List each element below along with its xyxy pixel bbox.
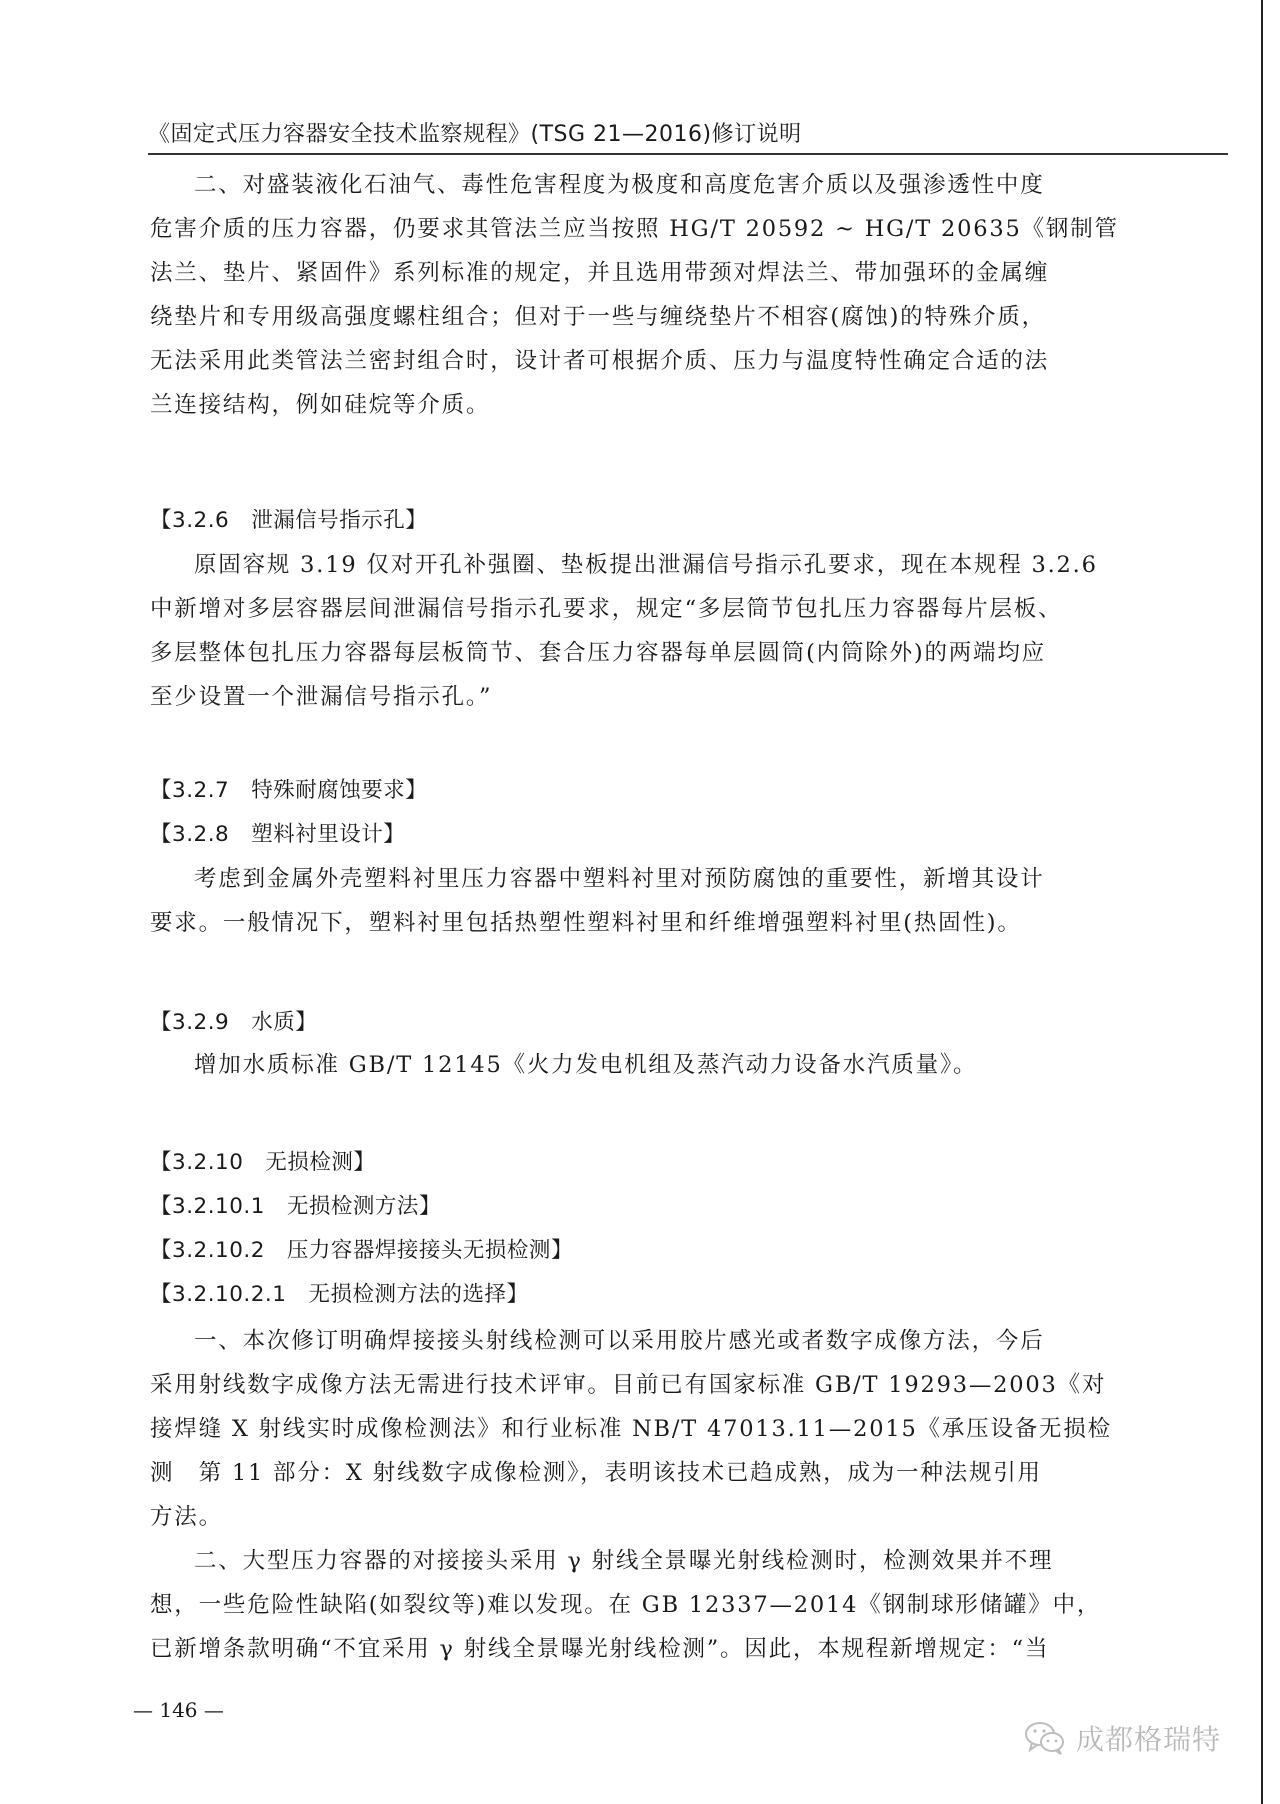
wechat-icon	[1024, 1720, 1068, 1756]
section-title: 特殊耐腐蚀要求	[251, 778, 405, 803]
section-number: 3.2.10.1	[172, 1194, 265, 1219]
paragraph-line: 一、本次修订明确焊接接头射线检测可以采用胶片感光或者数字成像方法，今后	[194, 1326, 1045, 1356]
paragraph-line: 测 第 11 部分：X 射线数字成像检测》，表明该技术已趋成熟，成为一种法规引用	[150, 1458, 1042, 1488]
paragraph-line: 危害介质的压力容器，仍要求其管法兰应当按照 HG/T 20592 ~ HG/T …	[150, 214, 1119, 244]
paragraph-line: 已新增条款明确“不宜采用 γ 射线全景曝光射线检测”。因此，本规程新增规定：“当	[150, 1634, 1049, 1664]
section-heading-3-2-6: 【3.2.6泄漏信号指示孔】	[150, 506, 427, 536]
section-title: 无损检测方法的选择	[308, 1282, 506, 1307]
page-number: — 146 —	[133, 1698, 224, 1722]
watermark: 成都格瑞特	[1024, 1718, 1221, 1758]
paragraph-line: 无法采用此类管法兰密封组合时，设计者可根据介质、压力与温度特性确定合适的法	[150, 346, 1049, 376]
section-title: 塑料衬里设计	[251, 822, 383, 847]
section-number: 3.2.10	[172, 1150, 243, 1175]
section-heading-3-2-10-2-1: 【3.2.10.2.1无损检测方法的选择】	[150, 1280, 528, 1310]
paragraph-line: 想，一些危险性缺陷(如裂纹等)难以发现。在 GB 12337—2014《钢制球形…	[150, 1590, 1101, 1620]
watermark-text: 成都格瑞特	[1076, 1718, 1221, 1758]
scan-edge-line	[1261, 0, 1263, 1804]
paragraph-line: 考虑到金属外壳塑料衬里压力容器中塑料衬里对预防腐蚀的重要性，新增其设计	[194, 864, 1045, 894]
section-title: 无损检测方法	[287, 1194, 419, 1219]
section-number: 3.2.8	[172, 822, 229, 847]
paragraph-line: 采用射线数字成像方法无需进行技术评审。目前已有国家标准 GB/T 19293—2…	[150, 1370, 1106, 1400]
section-title: 压力容器焊接接头无损检测	[287, 1238, 551, 1263]
section-heading-3-2-9: 【3.2.9水质】	[150, 1008, 317, 1038]
section-number: 3.2.10.2	[172, 1238, 265, 1263]
section-number: 3.2.6	[172, 508, 229, 533]
paragraph-line: 中新增对多层容器层间泄漏信号指示孔要求，规定“多层筒节包扎压力容器每片层板、	[150, 594, 1062, 624]
section-number: 3.2.7	[172, 778, 229, 803]
paragraph-line: 要求。一般情况下，塑料衬里包括热塑性塑料衬里和纤维增强塑料衬里(热固性)。	[150, 908, 1022, 938]
header-rule	[148, 153, 1228, 155]
section-heading-3-2-8: 【3.2.8塑料衬里设计】	[150, 820, 405, 850]
section-number: 3.2.10.2.1	[172, 1282, 286, 1307]
section-heading-3-2-7: 【3.2.7特殊耐腐蚀要求】	[150, 776, 427, 806]
section-title: 水质	[251, 1010, 295, 1035]
section-heading-3-2-10: 【3.2.10无损检测】	[150, 1148, 375, 1178]
paragraph-line: 法兰、垫片、紧固件》系列标准的规定，并且选用带颈对焊法兰、带加强环的金属缠	[150, 258, 1049, 288]
section-heading-3-2-10-2: 【3.2.10.2压力容器焊接接头无损检测】	[150, 1236, 573, 1266]
section-heading-3-2-10-1: 【3.2.10.1无损检测方法】	[150, 1192, 441, 1222]
paragraph-line: 多层整体包扎压力容器每层板筒节、套合压力容器每单层圆筒(内筒除外)的两端均应	[150, 638, 1046, 668]
running-header: 《固定式压力容器安全技术监察规程》(TSG 21—2016)修订说明	[148, 117, 1228, 148]
paragraph-line: 绕垫片和专用级高强度螺柱组合；但对于一些与缠绕垫片不相容(腐蚀)的特殊介质，	[150, 302, 1046, 332]
paragraph-line: 接焊缝 X 射线实时成像检测法》和行业标准 NB/T 47013.11—2015…	[150, 1414, 1112, 1444]
paragraph-line: 至少设置一个泄漏信号指示孔。”	[150, 682, 492, 712]
paragraph-line: 增加水质标准 GB/T 12145《火力发电机组及蒸汽动力设备水汽质量》。	[194, 1050, 977, 1080]
document-page: 《固定式压力容器安全技术监察规程》(TSG 21—2016)修订说明 二、对盛装…	[0, 0, 1280, 1804]
paragraph-line: 二、对盛装液化石油气、毒性危害程度为极度和高度危害介质以及强渗透性中度	[194, 170, 1045, 200]
section-number: 3.2.9	[172, 1010, 229, 1035]
section-title: 泄漏信号指示孔	[251, 508, 405, 533]
paragraph-line: 二、大型压力容器的对接接头采用 γ 射线全景曝光射线检测时，检测效果并不理	[194, 1546, 1053, 1576]
paragraph-line: 原固容规 3.19 仅对开孔补强圈、垫板提出泄漏信号指示孔要求，现在本规程 3.…	[194, 550, 1098, 580]
section-title: 无损检测	[265, 1150, 353, 1175]
paragraph-line: 兰连接结构，例如硅烷等介质。	[150, 390, 490, 420]
paragraph-line: 方法。	[150, 1502, 223, 1532]
